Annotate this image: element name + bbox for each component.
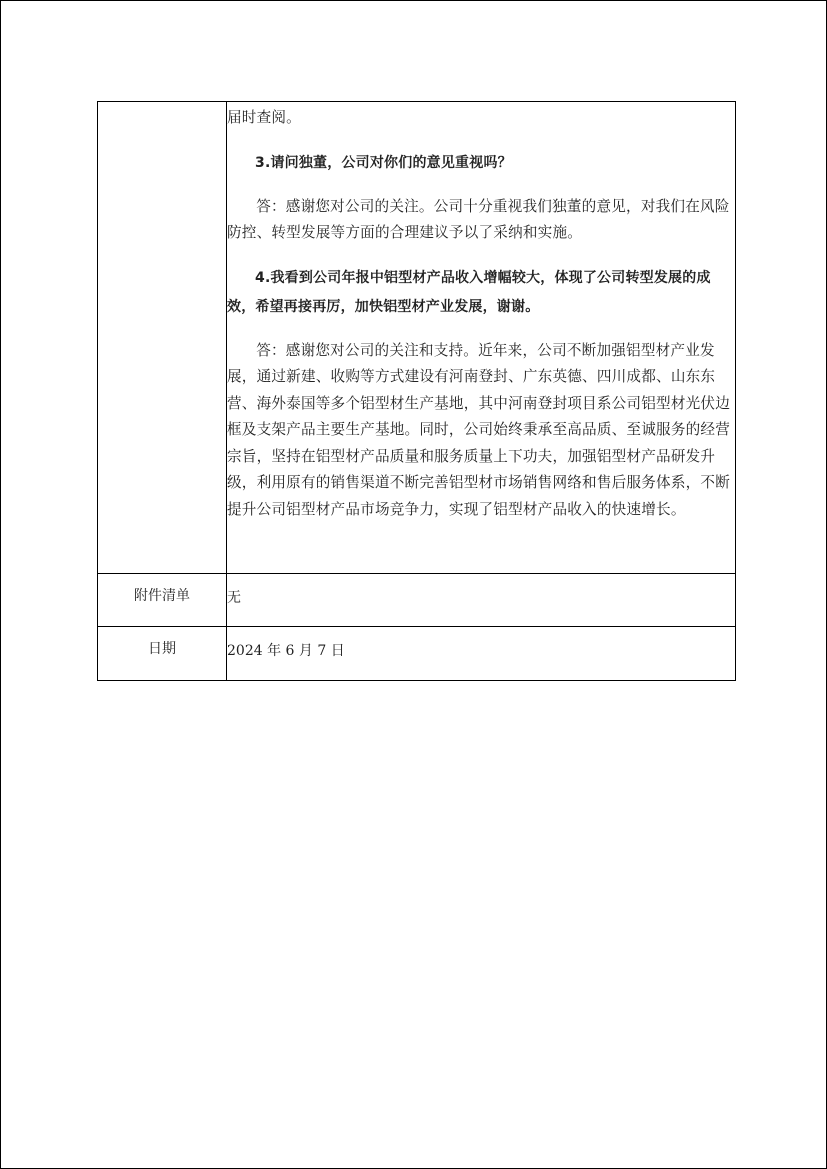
- label-cell-empty: [98, 102, 227, 574]
- info-table: 届时查阅。 3.请问独董，公司对你们的意见重视吗？ 答：感谢您对公司的关注。公司…: [97, 101, 736, 681]
- table-row-attachments: 附件清单 无: [98, 574, 736, 627]
- attachments-label-cell: 附件清单: [98, 574, 227, 627]
- qa-content-cell: 届时查阅。 3.请问独董，公司对你们的意见重视吗？ 答：感谢您对公司的关注。公司…: [227, 102, 736, 574]
- date-value-cell: 2024 年 6 月 7 日: [227, 627, 736, 681]
- date-value: 2024 年 6 月 7 日: [227, 640, 735, 660]
- date-label: 日期: [98, 638, 226, 658]
- answer-4: 答：感谢您对公司的关注和支持。近年来，公司不断加强铝型材产业发展，通过新建、收购…: [227, 338, 735, 524]
- question-4: 4.我看到公司年报中铝型材产品收入增幅较大，体现了公司转型发展的成效，希望再接再…: [227, 264, 735, 322]
- answer-3: 答：感谢您对公司的关注。公司十分重视我们独董的意见，对我们在风险防控、转型发展等…: [227, 194, 735, 247]
- attachments-value-cell: 无: [227, 574, 736, 627]
- continuation-text: 届时查阅。: [227, 105, 735, 132]
- question-3: 3.请问独董，公司对你们的意见重视吗？: [227, 149, 735, 178]
- table-row-date: 日期 2024 年 6 月 7 日: [98, 627, 736, 681]
- attachments-label: 附件清单: [98, 585, 226, 605]
- date-label-cell: 日期: [98, 627, 227, 681]
- attachments-value: 无: [227, 587, 735, 607]
- page: 届时查阅。 3.请问独董，公司对你们的意见重视吗？ 答：感谢您对公司的关注。公司…: [0, 0, 827, 1169]
- table-row-qa: 届时查阅。 3.请问独董，公司对你们的意见重视吗？ 答：感谢您对公司的关注。公司…: [98, 102, 736, 574]
